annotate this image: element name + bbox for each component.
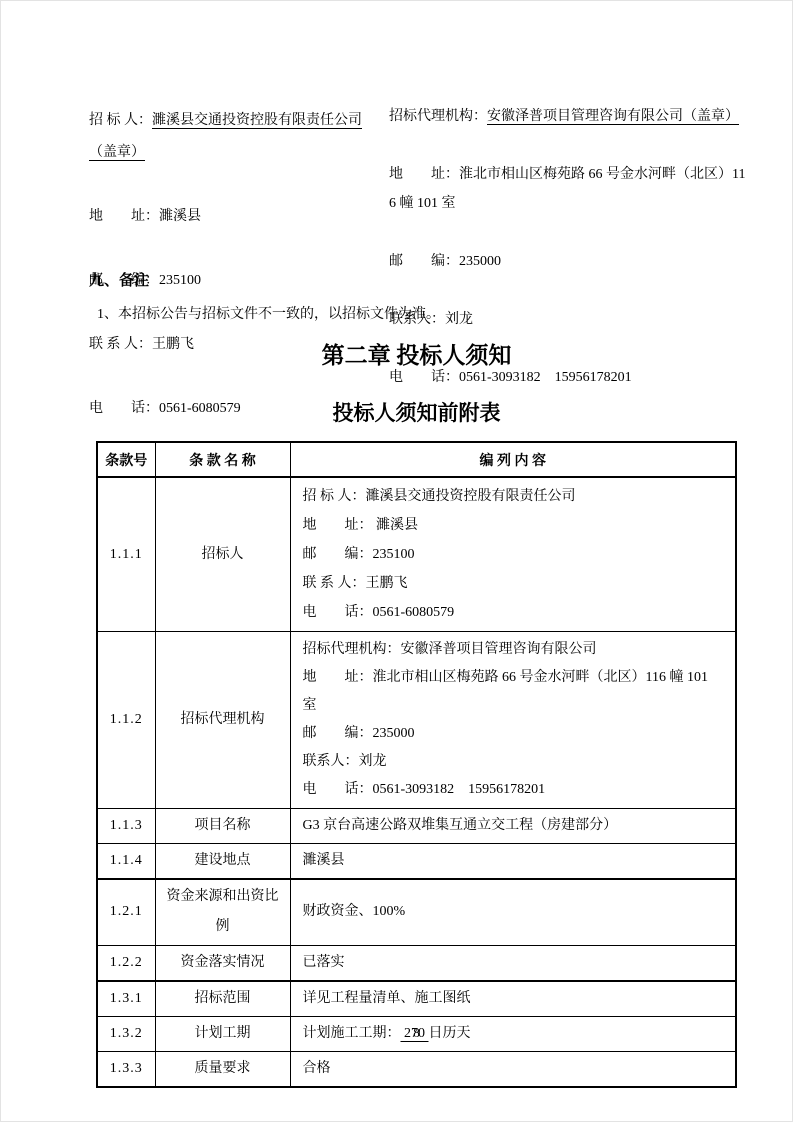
clause-name: 资金来源和出资比例 <box>155 879 290 945</box>
table-row: 1.1.1 招标人 招 标 人：濉溪县交通投资控股有限责任公司 地 址： 濉溪县… <box>97 477 736 632</box>
clause-content: 详见工程量清单、施工图纸 <box>290 981 736 1017</box>
header-clause-no: 条款号 <box>97 442 155 477</box>
notes-heading: 九、备注 <box>89 269 149 290</box>
table-row: 1.3.3 质量要求 合格 <box>97 1051 736 1087</box>
clause-no: 1.2.2 <box>97 945 155 981</box>
page-number: 8 <box>96 1025 737 1041</box>
clause-name: 质量要求 <box>155 1051 290 1087</box>
table-row: 1.2.2 资金落实情况 已落实 <box>97 945 736 981</box>
clause-content: 已落实 <box>290 945 736 981</box>
clause-no: 1.2.1 <box>97 879 155 945</box>
clause-no: 1.1.3 <box>97 809 155 844</box>
clause-name: 项目名称 <box>155 809 290 844</box>
clause-no: 1.3.3 <box>97 1051 155 1087</box>
document-page: 招 标 人：濉溪县交通投资控股有限责任公司（盖章） 地 址：濉溪县 邮 编：23… <box>0 0 793 1122</box>
bidder-address: 地 址：濉溪县 <box>89 201 389 233</box>
clause-no: 1.3.1 <box>97 981 155 1017</box>
clause-no: 1.1.1 <box>97 477 155 632</box>
clause-name: 招标范围 <box>155 981 290 1017</box>
clause-content: G3 京台高速公路双堆集互通立交工程（房建部分） <box>290 809 736 844</box>
clause-content: 招 标 人：濉溪县交通投资控股有限责任公司 地 址： 濉溪县 邮 编：23510… <box>290 477 736 632</box>
table-header-row: 条款号 条 款 名 称 编 列 内 容 <box>97 442 736 477</box>
clause-content: 财政资金、100% <box>290 879 736 945</box>
table-row: 1.2.1 资金来源和出资比例 财政资金、100% <box>97 879 736 945</box>
table-row: 1.3.1 招标范围 详见工程量清单、施工图纸 <box>97 981 736 1017</box>
clause-content: 合格 <box>290 1051 736 1087</box>
clause-name: 资金落实情况 <box>155 945 290 981</box>
notes-item-1: 1、本招标公告与招标文件不一致的，以招标文件为准。 <box>97 303 440 323</box>
clause-name: 招标人 <box>155 477 290 632</box>
agency-line: 招标代理机构：安徽泽普项目管理咨询有限公司（盖章） <box>389 102 751 131</box>
clause-content: 招标代理机构：安徽泽普项目管理咨询有限公司 地 址：淮北市相山区梅苑路 66 号… <box>290 632 736 809</box>
table-title: 投标人须知前附表 <box>96 397 737 427</box>
agency-contact-person: 联系人：刘龙 <box>389 305 751 334</box>
agency-name-underlined: 安徽泽普项目管理咨询有限公司（盖章） <box>487 109 739 124</box>
header-clause-name: 条 款 名 称 <box>155 442 290 477</box>
chapter-title: 第二章 投标人须知 <box>96 337 737 370</box>
clause-no: 1.1.2 <box>97 632 155 809</box>
agency-address: 地 址：淮北市相山区梅苑路 66 号金水河畔（北区）116 幢 101 室 <box>389 160 751 218</box>
table-row: 1.1.4 建设地点 濉溪县 <box>97 844 736 880</box>
table-row: 1.1.3 项目名称 G3 京台高速公路双堆集互通立交工程（房建部分） <box>97 809 736 844</box>
agency-label: 招标代理机构： <box>389 109 487 124</box>
clause-no: 1.1.4 <box>97 844 155 880</box>
table-row: 1.1.2 招标代理机构 招标代理机构：安徽泽普项目管理咨询有限公司 地 址：淮… <box>97 632 736 809</box>
bidder-line: 招 标 人：濉溪县交通投资控股有限责任公司（盖章） <box>89 105 389 169</box>
clause-name: 招标代理机构 <box>155 632 290 809</box>
clause-content: 濉溪县 <box>290 844 736 880</box>
header-content: 编 列 内 容 <box>290 442 736 477</box>
agency-postcode: 邮 编：235000 <box>389 247 751 276</box>
bidder-label: 招 标 人： <box>89 113 152 128</box>
clause-name: 建设地点 <box>155 844 290 880</box>
bidder-instructions-table: 条款号 条 款 名 称 编 列 内 容 1.1.1 招标人 招 标 人：濉溪县交… <box>96 441 737 1088</box>
